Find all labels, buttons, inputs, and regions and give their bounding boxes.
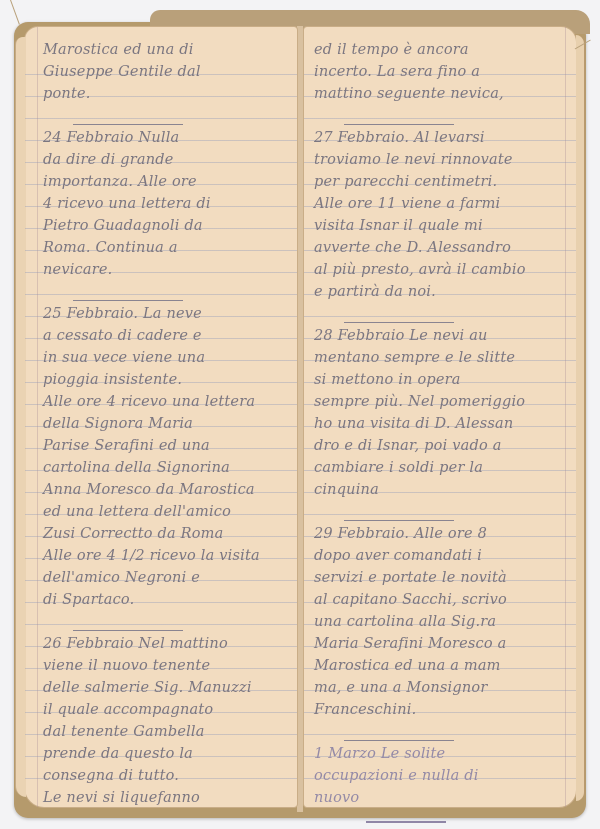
text-line: sempre più. Nel pomeriggio [314, 391, 560, 413]
page-margin-line [37, 27, 38, 807]
text-line: Alle ore 4 1/2 ricevo la visita [43, 545, 287, 567]
text-line: il quale accompagnato [43, 699, 287, 721]
text-line: dro e di Isnar, poi vado a [314, 435, 560, 457]
text-line: prende da questo la [43, 743, 287, 765]
entry-date-heading: 29 Febbraio. Alle ore 8 [314, 523, 560, 545]
text-line: Le nevi si liquefanno [43, 787, 287, 809]
text-line: pioggia insistente. [43, 369, 287, 391]
text-line: Marostica ed una a mam [314, 655, 560, 677]
text-line: al più presto, avrà il cambio [314, 259, 560, 281]
text-line: ed una lettera dell'amico [43, 501, 287, 523]
text-line: ed il tempo è ancora [314, 39, 560, 61]
text-line: avverte che D. Alessandro [314, 237, 560, 259]
entry-date-heading: 1 Marzo Le solite [314, 743, 560, 765]
text-line: cartolina della Signorina [43, 457, 287, 479]
text-line: viene il nuovo tenente [43, 655, 287, 677]
text-line: incerto. La sera fino a [314, 61, 560, 83]
text-line: dell'amico Negroni e [43, 567, 287, 589]
text-line: si mettono in opera [314, 369, 560, 391]
page-margin-line [565, 27, 566, 807]
text-line: Maria Serafini Moresco a [314, 633, 560, 655]
binding-thread [10, 0, 20, 25]
text-line: al capitano Sacchi, scrivo [314, 589, 560, 611]
right-page-text: ed il tempo è ancora incerto. La sera fi… [314, 39, 560, 829]
text-line: Anna Moresco da Marostica [43, 479, 287, 501]
text-line: da dire di grande [43, 149, 287, 171]
text-line: nevicare. [43, 259, 287, 281]
text-line: Parise Serafini ed una [43, 435, 287, 457]
entry-date-heading: 27 Febbraio. Al levarsi [314, 127, 560, 149]
text-line: ho una visita di D. Alessan [314, 413, 560, 435]
text-line: e partirà da noi. [314, 281, 560, 303]
text-line: ponte. [43, 83, 287, 105]
text-line: a cessato di cadere e [43, 325, 287, 347]
text-line: ma, e una a Monsignor [314, 677, 560, 699]
left-page: Marostica ed una di Giuseppe Gentile dal… [24, 26, 298, 808]
text-line: Franceschini. [314, 699, 560, 721]
notebook-photo: Marostica ed una di Giuseppe Gentile dal… [0, 0, 600, 829]
text-line: servizi e portate le novità [314, 567, 560, 589]
text-line: dal tenente Gambella [43, 721, 287, 743]
text-line: mattino seguente nevica, [314, 83, 560, 105]
text-line: consegna di tutto. [43, 765, 287, 787]
entry-date-heading: 25 Febbraio. La neve [43, 303, 287, 325]
text-line: Alle ore 4 ricevo una lettera [43, 391, 287, 413]
text-line: in sua vece viene una [43, 347, 287, 369]
text-line: Roma. Continua a [43, 237, 287, 259]
text-line: Pietro Guadagnoli da [43, 215, 287, 237]
entry-date-heading: 28 Febbraio Le nevi au [314, 325, 560, 347]
end-of-entry-rule [314, 809, 560, 829]
text-line: cambiare i soldi per la [314, 457, 560, 479]
text-line: per parecchi centimetri. [314, 171, 560, 193]
text-line: Alle ore 11 viene a farmi [314, 193, 560, 215]
entry-date-heading: 24 Febbraio Nulla [43, 127, 287, 149]
text-line: una cartolina alla Sig.ra [314, 611, 560, 633]
text-line: Zusi Correctto da Roma [43, 523, 287, 545]
text-line: importanza. Alle ore [43, 171, 287, 193]
text-line: visita Isnar il quale mi [314, 215, 560, 237]
text-line: di Spartaco. [43, 589, 287, 611]
entry-date-heading: 26 Febbraio Nel mattino [43, 633, 287, 655]
text-line: Giuseppe Gentile dal [43, 61, 287, 83]
text-line: delle salmerie Sig. Manuzzi [43, 677, 287, 699]
left-page-text: Marostica ed una di Giuseppe Gentile dal… [43, 39, 287, 809]
text-line: della Signora Maria [43, 413, 287, 435]
right-page: ed il tempo è ancora incerto. La sera fi… [303, 26, 577, 808]
text-line: Marostica ed una di [43, 39, 287, 61]
text-line: mentano sempre e le slitte [314, 347, 560, 369]
text-line: nuovo [314, 787, 560, 809]
text-line: occupazioni e nulla di [314, 765, 560, 787]
text-line: troviamo le nevi rinnovate [314, 149, 560, 171]
text-line: 4 ricevo una lettera di [43, 193, 287, 215]
text-line: dopo aver comandati i [314, 545, 560, 567]
text-line: cinquina [314, 479, 560, 501]
